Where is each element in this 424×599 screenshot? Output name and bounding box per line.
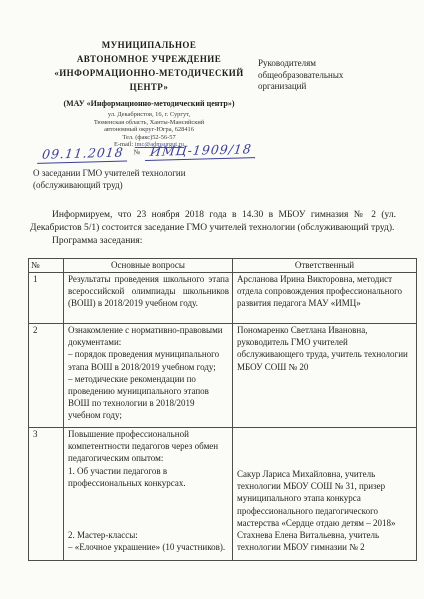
questions-cell: Результаты проведения школьного этапа вс… (64, 273, 233, 324)
col-header-number: № (29, 259, 64, 273)
cell-paragraph: – порядок проведения муниципального этап… (68, 348, 229, 372)
table-header-row: № Основные вопросы Ответственный (29, 259, 417, 273)
cell-spacer (237, 428, 413, 468)
table-row: 2Ознакомление с нормативно-правовыми док… (29, 324, 417, 428)
col-header-responsible: Ответственный (233, 259, 417, 273)
cell-paragraph: 2. Мастер-классы: (68, 529, 229, 541)
program-label: Программа заседания: (30, 235, 396, 248)
subject-block: О заседании ГМО учителей технологии (обс… (33, 168, 273, 191)
subject-line: (обслуживающий труд) (33, 180, 273, 192)
cell-paragraph: Результаты проведения школьного этапа вс… (68, 273, 229, 310)
row-number-cell: 1 (29, 273, 64, 324)
address-line: ул. Декабристов, 16, г. Сургут, (34, 111, 264, 119)
handwritten-number: ИМЦ-1909/18 (145, 141, 257, 161)
document-page: МУНИЦИПАЛЬНОЕ АВТОНОМНОЕ УЧРЕЖДЕНИЕ «ИНФ… (0, 0, 424, 599)
address-line: автономный округ-Югра, 628416 (34, 126, 264, 134)
handwritten-date: 09.11.2018 (37, 144, 128, 163)
cell-paragraph: Стахнева Елена Витальевна, учитель техно… (237, 529, 413, 553)
col-header-questions: Основные вопросы (64, 259, 233, 273)
questions-cell: Ознакомление с нормативно-правовыми доку… (64, 324, 233, 428)
responsible-cell: Пономаренко Светлана Ивановна, руководит… (233, 324, 417, 428)
body-text: Информируем, что 23 ноября 2018 года в 1… (30, 209, 396, 248)
cell-paragraph: Повышение профессиональной компетентност… (68, 428, 229, 465)
cell-paragraph: Сакур Лариса Михайловна, учитель техноло… (237, 468, 413, 529)
cell-paragraph: Арсланова Ирина Викторовна, методист отд… (237, 273, 413, 310)
responsible-cell: Арсланова Ирина Викторовна, методист отд… (233, 273, 417, 324)
org-name-line: МУНИЦИПАЛЬНОЕ (34, 38, 264, 52)
cell-spacer (68, 489, 229, 529)
cell-paragraph: Ознакомление с нормативно-правовыми доку… (68, 324, 229, 348)
body-paragraph: Информируем, что 23 ноября 2018 года в 1… (30, 209, 396, 235)
responsible-cell: Сакур Лариса Михайловна, учитель техноло… (233, 428, 417, 561)
addressee-line: организаций (258, 81, 398, 93)
cell-paragraph: Пономаренко Светлана Ивановна, руководит… (237, 324, 413, 373)
row-number-cell: 2 (29, 324, 64, 428)
agenda-table: № Основные вопросы Ответственный 1Резуль… (28, 258, 417, 561)
address-line: Тюменская область, Ханты-Мансийский (34, 119, 264, 127)
agenda-table-body: 1Результаты проведения школьного этапа в… (29, 273, 417, 561)
subject-line: О заседании ГМО учителей технологии (33, 168, 273, 180)
addressee-line: Руководителям (258, 58, 398, 70)
org-name-line: АВТОНОМНОЕ УЧРЕЖДЕНИЕ (34, 52, 264, 66)
table-row: 1Результаты проведения школьного этапа в… (29, 273, 417, 324)
row-number-cell: 3 (29, 428, 64, 561)
cell-paragraph: – методические рекомендации по проведени… (68, 373, 229, 422)
addressee-line: общеобразовательных (258, 70, 398, 82)
org-name-line: ЦЕНТР» (34, 80, 264, 94)
number-sign: № (133, 148, 140, 156)
letterhead: МУНИЦИПАЛЬНОЕ АВТОНОМНОЕ УЧРЕЖДЕНИЕ «ИНФ… (34, 38, 264, 149)
cell-paragraph: 1. Об участии педагогов в профессиональн… (68, 465, 229, 489)
org-name-line: «ИНФОРМАЦИОННО-МЕТОДИЧЕСКИЙ (34, 66, 264, 80)
addressee-block: Руководителям общеобразовательных органи… (258, 58, 398, 93)
questions-cell: Повышение профессиональной компетентност… (64, 428, 233, 561)
cell-paragraph: – «Елочное украшение» (10 участников). (68, 541, 229, 553)
org-short-name: (МАУ «Информационно-методический центр») (34, 99, 264, 109)
table-row: 3Повышение профессиональной компетентнос… (29, 428, 417, 561)
